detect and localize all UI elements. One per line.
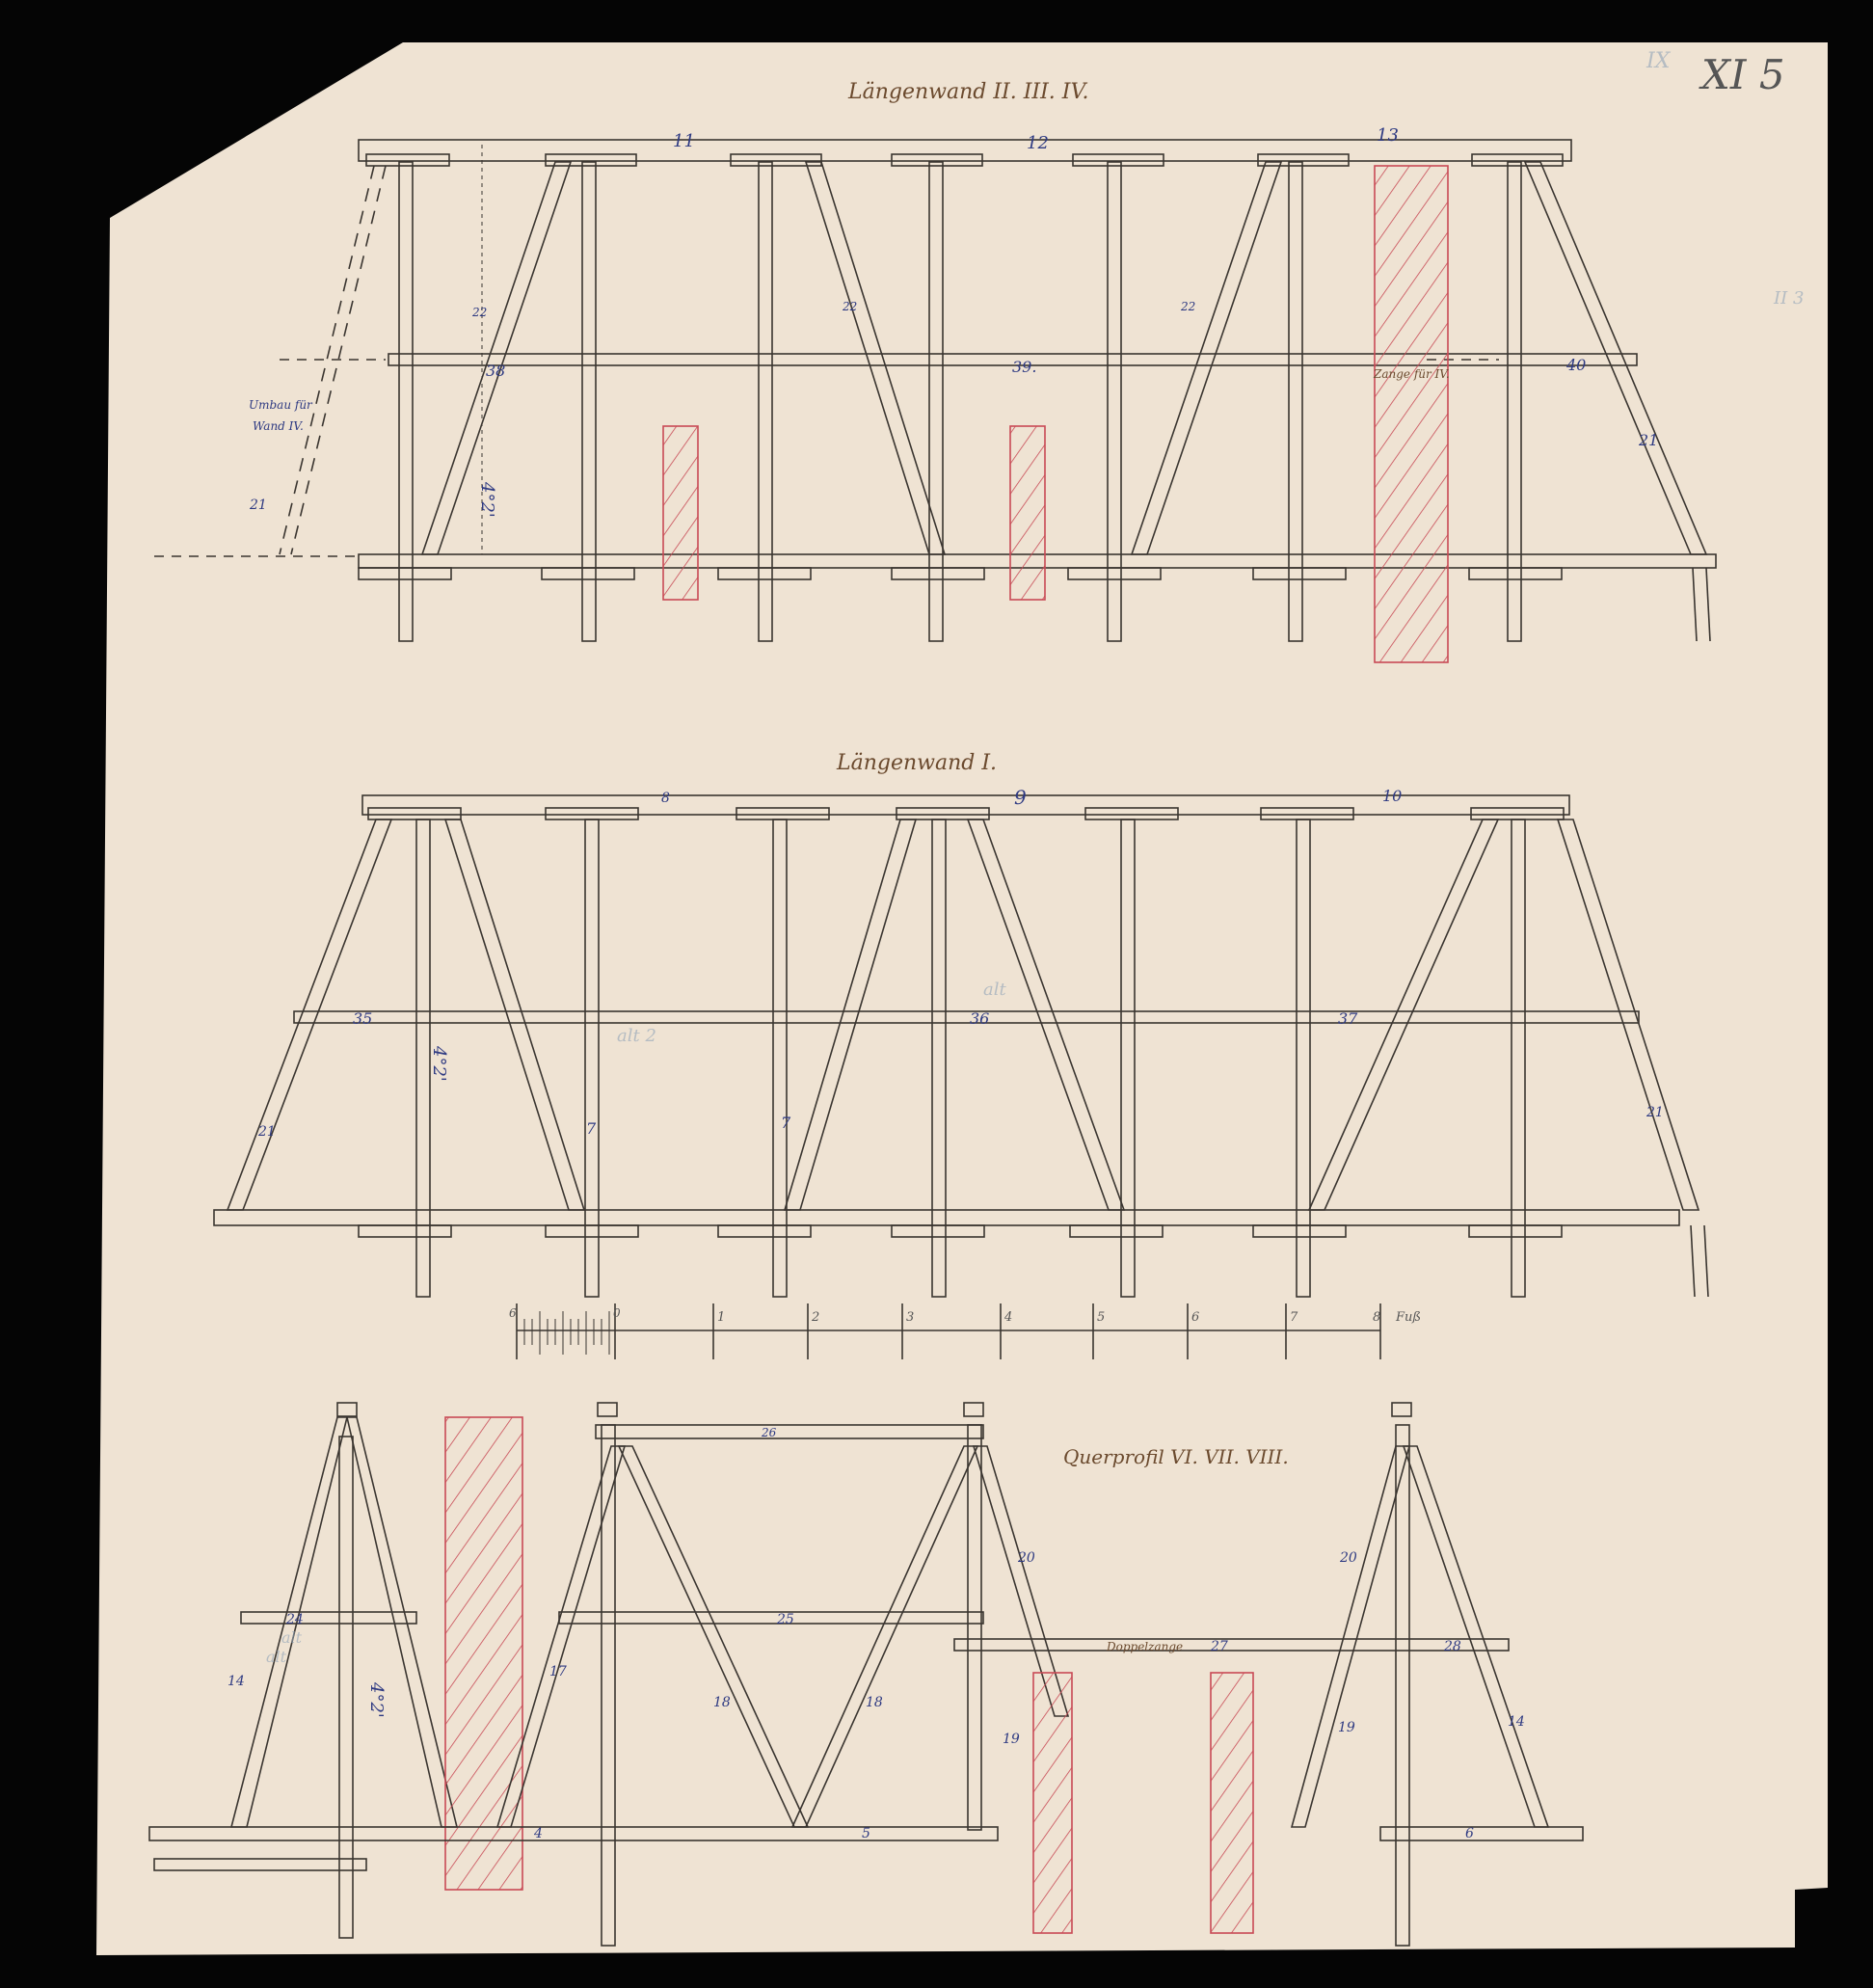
svg-text:28: 28 [1443, 1639, 1461, 1654]
svg-text:24: 24 [285, 1612, 304, 1627]
svg-text:21: 21 [1638, 431, 1658, 449]
svg-text:35: 35 [353, 1009, 372, 1028]
note-zange: Zange für IV. [1373, 367, 1450, 381]
corner-mark: II 3 [1773, 288, 1804, 309]
catalog-number: XI 5 [1699, 51, 1785, 98]
svg-text:40: 40 [1565, 356, 1586, 374]
dimension-label: 4°2' [477, 481, 497, 518]
svg-text:Fuß: Fuß [1395, 1310, 1421, 1325]
svg-text:12: 12 [1027, 133, 1049, 153]
title-elevation-middle: Längenwand I. [836, 751, 997, 775]
svg-text:22: 22 [471, 306, 487, 319]
svg-text:19: 19 [1003, 1732, 1020, 1747]
svg-text:1: 1 [717, 1310, 725, 1325]
svg-text:7: 7 [781, 1114, 791, 1132]
title-elevation-top: Längenwand II. III. IV. [847, 80, 1089, 104]
svg-text:14: 14 [227, 1674, 245, 1689]
svg-text:alt: alt [281, 1628, 303, 1647]
svg-text:7: 7 [586, 1119, 597, 1138]
hatched-section [1375, 166, 1448, 662]
svg-text:2: 2 [811, 1310, 819, 1325]
svg-text:7: 7 [1290, 1310, 1298, 1325]
svg-text:5: 5 [862, 1826, 870, 1841]
svg-text:8: 8 [661, 791, 670, 806]
svg-text:6: 6 [509, 1306, 517, 1320]
svg-text:21: 21 [257, 1124, 276, 1140]
svg-text:27: 27 [1210, 1639, 1228, 1654]
svg-text:6: 6 [1191, 1310, 1199, 1325]
drawing-sheet: XI 5 IX II 3 Längenwand II. III. IV. 11 … [0, 0, 1873, 1988]
svg-text:25: 25 [776, 1612, 794, 1627]
paper [96, 42, 1828, 1955]
svg-text:21: 21 [1646, 1105, 1664, 1120]
svg-text:4: 4 [1003, 1310, 1012, 1325]
svg-text:18: 18 [866, 1695, 883, 1710]
svg-text:36: 36 [970, 1009, 989, 1028]
svg-text:19: 19 [1338, 1720, 1355, 1735]
svg-text:20: 20 [1339, 1550, 1357, 1566]
svg-text:4: 4 [533, 1826, 543, 1841]
svg-text:0: 0 [613, 1306, 621, 1320]
hatched-section [663, 426, 698, 600]
svg-text:4°2': 4°2' [429, 1045, 449, 1082]
svg-text:10: 10 [1382, 787, 1402, 805]
title-cross-section: Querprofil VI. VII. VIII. [1063, 1445, 1289, 1468]
corner-mark: IX [1646, 49, 1672, 73]
svg-text:38: 38 [486, 362, 505, 380]
svg-text:13: 13 [1377, 125, 1399, 146]
svg-text:8: 8 [1373, 1310, 1380, 1325]
svg-text:20: 20 [1017, 1550, 1035, 1566]
svg-text:alt 2: alt 2 [617, 1026, 656, 1046]
svg-text:17: 17 [549, 1664, 567, 1679]
svg-text:21: 21 [249, 497, 267, 513]
svg-text:18: 18 [713, 1695, 731, 1710]
svg-text:3: 3 [906, 1310, 914, 1325]
note-wand: Wand IV. [253, 419, 304, 433]
svg-text:alt: alt [266, 1648, 287, 1666]
hatched-section [1010, 426, 1045, 600]
svg-text:14: 14 [1508, 1714, 1525, 1730]
svg-text:26: 26 [761, 1426, 777, 1439]
svg-text:11: 11 [673, 131, 695, 151]
rail-note: Doppelzange [1106, 1640, 1183, 1653]
svg-text:5: 5 [1097, 1310, 1105, 1325]
svg-text:alt: alt [983, 980, 1006, 1000]
svg-text:22: 22 [1180, 300, 1195, 313]
svg-text:22: 22 [842, 300, 857, 313]
svg-text:37: 37 [1338, 1009, 1358, 1028]
svg-text:39.: 39. [1012, 358, 1036, 376]
svg-text:9: 9 [1014, 786, 1027, 809]
note-umbau: Umbau für [249, 398, 313, 412]
svg-text:6: 6 [1465, 1826, 1474, 1841]
svg-text:4°2': 4°2' [366, 1681, 387, 1718]
